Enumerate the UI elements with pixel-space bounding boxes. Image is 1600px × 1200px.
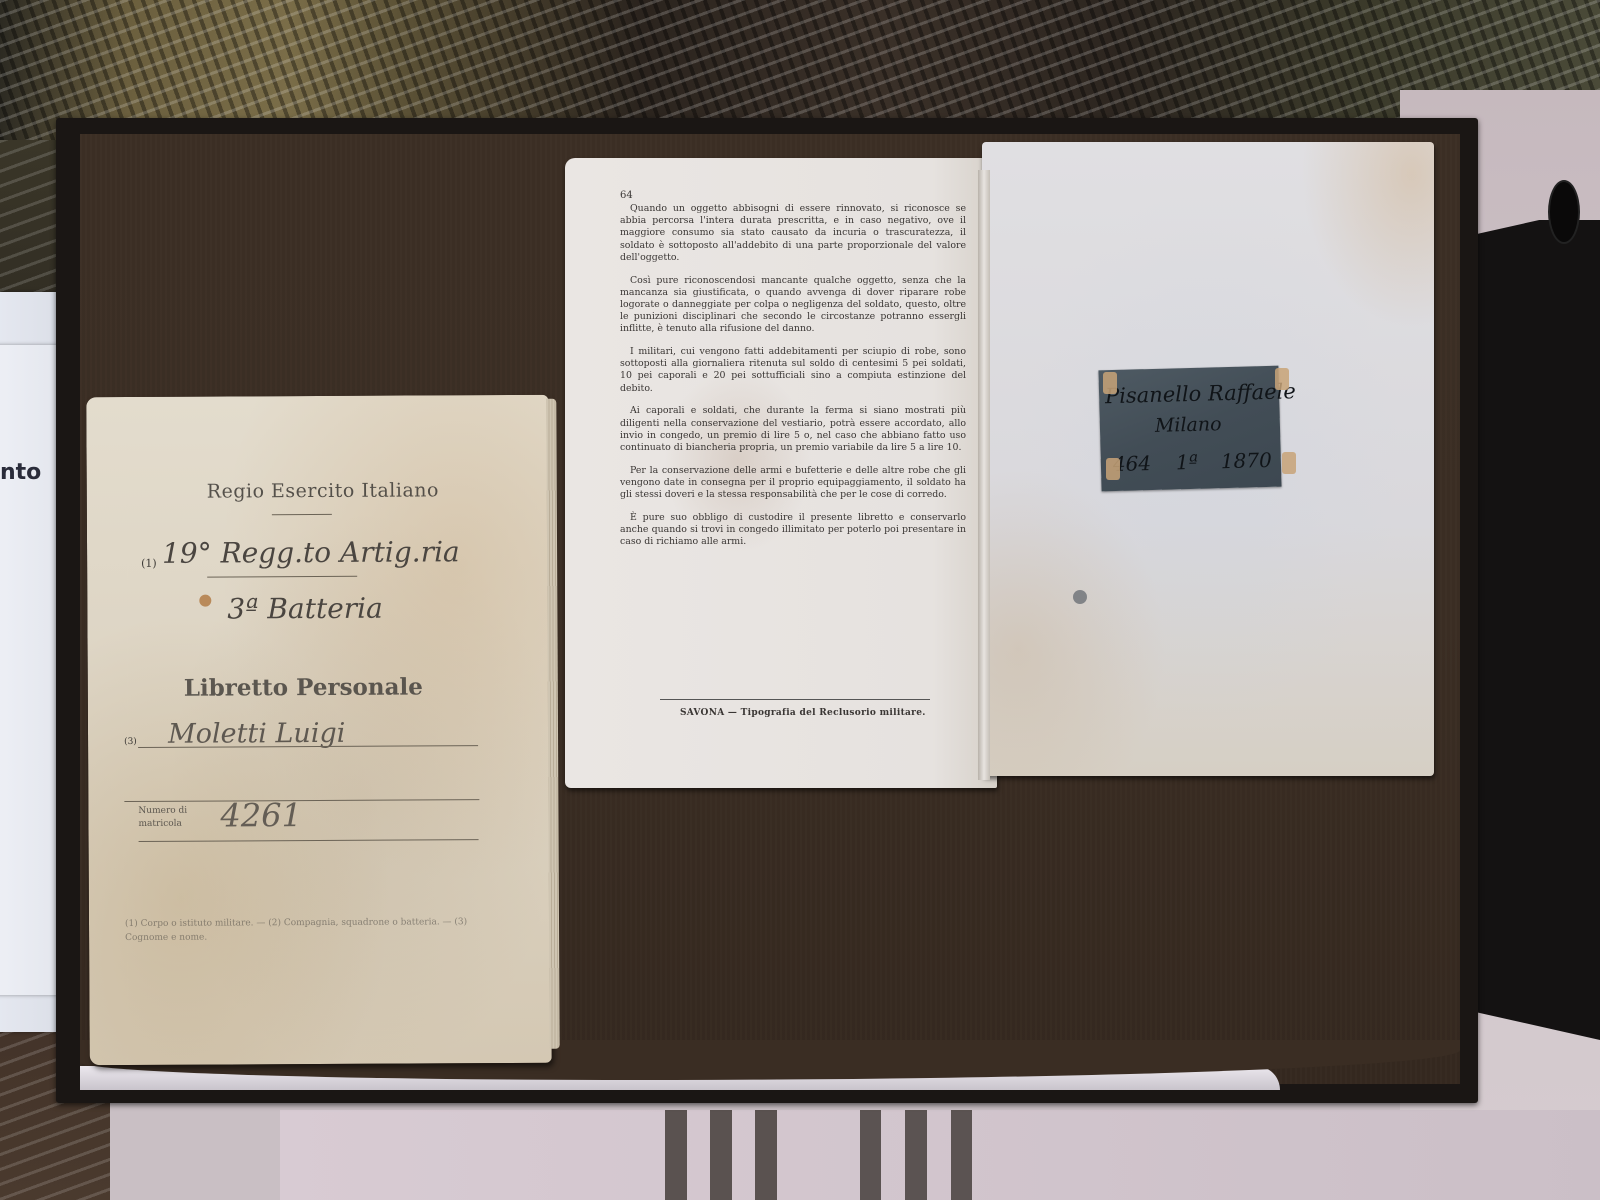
page-number: 64 (620, 190, 633, 201)
regulation-text: Quando un oggetto abbisogni di essere ri… (620, 203, 966, 559)
paragraph: I militari, cui vengono fatti addebitame… (620, 346, 966, 395)
number-line (139, 839, 479, 842)
number-handwritten: 4261 (220, 796, 302, 834)
tape-corner (1275, 368, 1289, 390)
imprint-rule (660, 699, 930, 700)
floor-stripe (755, 1110, 777, 1200)
label-class: 1ª (1176, 450, 1199, 475)
label-city: Milano (1155, 413, 1222, 437)
case-hole (1548, 180, 1580, 244)
unit-handwritten: 19° Regg.to Artig.ria (162, 535, 460, 570)
label-name: Pisanello Raffaele (1105, 379, 1296, 408)
name-label: Pisanello Raffaele Milano 464 1ª 1870 (1098, 366, 1281, 492)
name-marker: (3) (124, 737, 137, 747)
tape-corner (1103, 372, 1117, 394)
booklet-header: Regio Esercito Italiano (207, 479, 439, 502)
striped-floor (280, 1110, 1600, 1200)
battery-handwritten: 3ª Batteria (227, 592, 383, 626)
paragraph: Quando un oggetto abbisogni di essere ri… (620, 203, 966, 264)
divider (272, 514, 332, 515)
paragraph: È pure suo obbligo di custodire il prese… (620, 512, 966, 549)
number-label: Numero di matricola (138, 805, 198, 831)
booklet-title: Libretto Personale (184, 673, 423, 701)
booklet-spine (978, 170, 990, 780)
brochure-text-fragment: nto (0, 460, 41, 485)
tape-corner (1282, 452, 1296, 474)
floor-stripe (710, 1110, 732, 1200)
underline (207, 576, 357, 578)
floor-stripe (665, 1110, 687, 1200)
paragraph: Per la conservazione delle armi e bufett… (620, 465, 966, 502)
unit-marker: (1) (141, 557, 157, 570)
paragraph: Ai caporali e soldati, che durante la fe… (620, 405, 966, 454)
libretto-personale-booklet: Regio Esercito Italiano (1) 19° Regg.to … (86, 395, 551, 1065)
paragraph: Così pure riconoscendosi mancante qualch… (620, 275, 966, 336)
tape-corner (1106, 458, 1120, 480)
printer-imprint: SAVONA — Tipografia del Reclusorio milit… (680, 708, 926, 718)
footnotes: (1) Corpo o istituto militare. — (2) Com… (125, 915, 485, 945)
label-year: 1870 (1221, 448, 1273, 473)
rust-stain (199, 595, 211, 607)
rule-line (124, 799, 479, 802)
ink-spot (1073, 590, 1087, 604)
